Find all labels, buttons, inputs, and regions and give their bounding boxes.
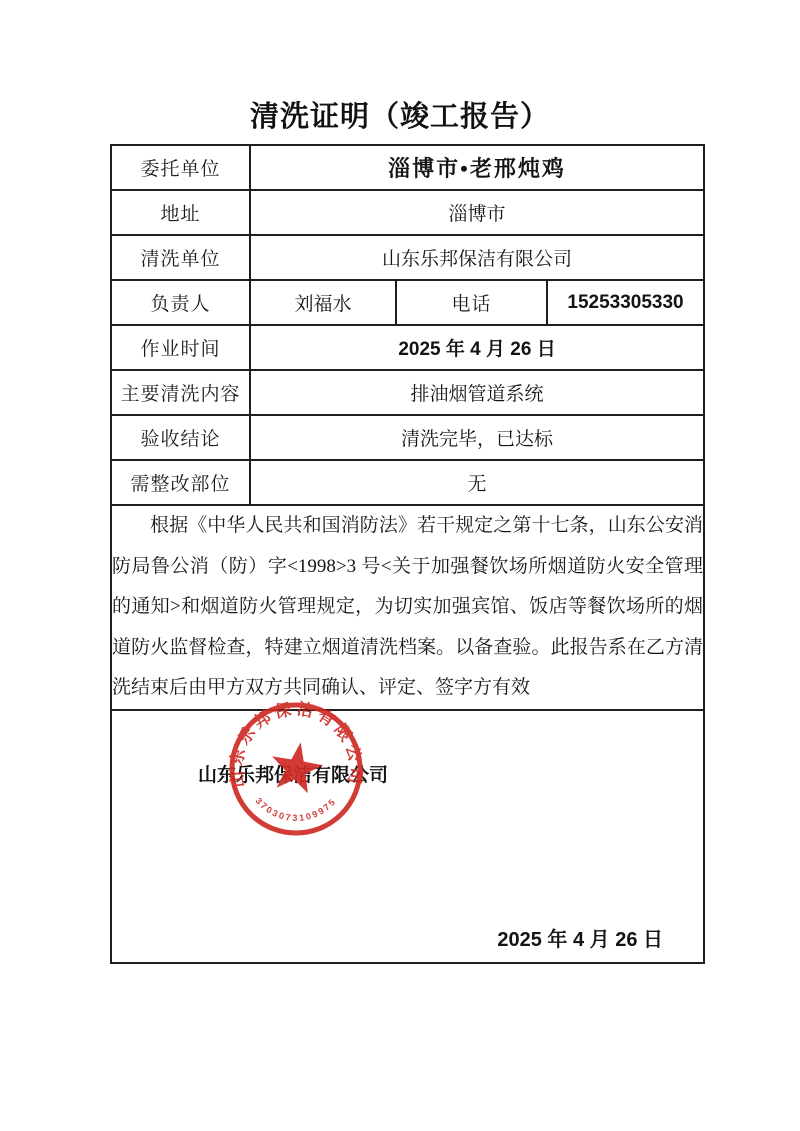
table-row: 作业时间 2025 年 4 月 26 日	[111, 325, 704, 370]
table-row: 验收结论 清洗完毕，已达标	[111, 415, 704, 460]
table-row: 山东乐邦保洁有限公司 山东乐邦保洁有限公司 3703073109975	[111, 710, 704, 963]
row-label-phone: 电话	[396, 280, 547, 325]
row-label-cleaning-unit: 清洗单位	[111, 235, 250, 280]
table-row: 委托单位 淄博市•老邢炖鸡	[111, 145, 704, 190]
row-value-entrusting-unit: 淄博市•老邢炖鸡	[250, 145, 704, 190]
svg-text:3703073109975: 3703073109975	[253, 795, 338, 822]
regulation-notice: 根据《中华人民共和国消防法》若干规定之第十七条，山东公安消防局鲁公消（防）字<1…	[112, 506, 703, 709]
row-label-work-date: 作业时间	[111, 325, 250, 370]
table-row: 清洗单位 山东乐邦保洁有限公司	[111, 235, 704, 280]
notice-cell: 根据《中华人民共和国消防法》若干规定之第十七条，山东公安消防局鲁公消（防）字<1…	[111, 505, 704, 710]
document-page: 清洗证明（竣工报告） 委托单位 淄博市•老邢炖鸡 地址 淄博市 清洗单位 山东乐…	[0, 0, 800, 1131]
signature-date: 2025 年 4 月 26 日	[497, 923, 663, 952]
row-value-phone: 15253305330	[547, 280, 704, 325]
row-label-cleaning-content: 主要清洗内容	[111, 370, 250, 415]
row-value-rectification-parts: 无	[250, 460, 704, 505]
row-value-address: 淄博市	[250, 190, 704, 235]
row-label-person-in-charge: 负责人	[111, 280, 250, 325]
company-seal-stamp: 山东乐邦保洁有限公司 3703073109975	[226, 699, 366, 839]
row-value-work-date: 2025 年 4 月 26 日	[250, 325, 704, 370]
row-label-address: 地址	[111, 190, 250, 235]
row-value-person-in-charge: 刘福水	[250, 280, 396, 325]
table-row: 主要清洗内容 排油烟管道系统	[111, 370, 704, 415]
row-label-rectification-parts: 需整改部位	[111, 460, 250, 505]
row-label-entrusting-unit: 委托单位	[111, 145, 250, 190]
row-value-acceptance-conclusion: 清洗完毕，已达标	[250, 415, 704, 460]
signature-date-text: 2025 年 4 月 26 日	[497, 929, 663, 951]
table-row: 根据《中华人民共和国消防法》若干规定之第十七条，山东公安消防局鲁公消（防）字<1…	[111, 505, 704, 710]
table-row: 地址 淄博市	[111, 190, 704, 235]
stamp-star-icon	[267, 737, 326, 794]
table-row: 需整改部位 无	[111, 460, 704, 505]
report-table: 委托单位 淄博市•老邢炖鸡 地址 淄博市 清洗单位 山东乐邦保洁有限公司 负责人…	[110, 144, 705, 964]
row-value-cleaning-unit: 山东乐邦保洁有限公司	[250, 235, 704, 280]
signature-cell: 山东乐邦保洁有限公司 山东乐邦保洁有限公司 3703073109975	[111, 710, 704, 963]
table-row: 负责人 刘福水 电话 15253305330	[111, 280, 704, 325]
page-title: 清洗证明（竣工报告）	[0, 0, 800, 135]
row-value-cleaning-content: 排油烟管道系统	[250, 370, 704, 415]
row-label-acceptance-conclusion: 验收结论	[111, 415, 250, 460]
stamp-number: 3703073109975	[253, 795, 338, 822]
